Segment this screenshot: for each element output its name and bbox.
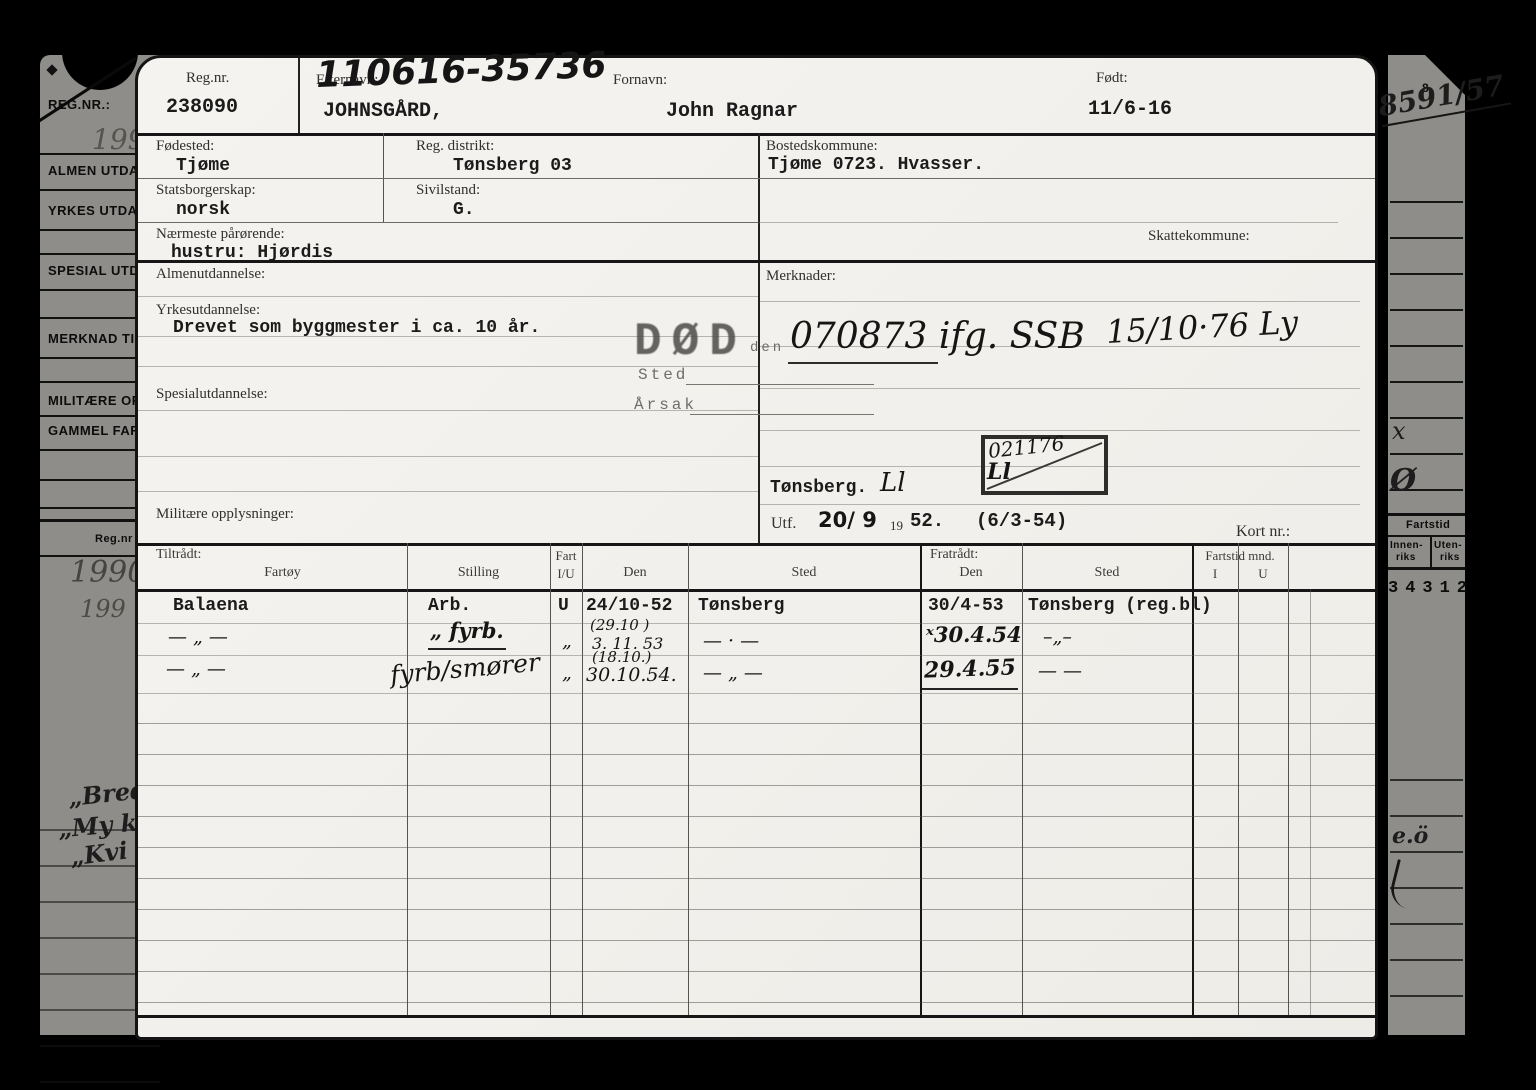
fodt-value: 11/6-16: [1088, 98, 1172, 121]
bg-right-innenriks-label2: riks: [1396, 552, 1416, 563]
underline: [788, 362, 938, 364]
stamp-box-initials: Ll: [987, 459, 1011, 485]
cell-sted: Tønsberg: [698, 596, 784, 616]
rule-line: [138, 623, 1375, 624]
col-header-i: I: [1192, 566, 1238, 582]
bg-left-label-almen: ALMEN UTDA: [48, 163, 139, 178]
rule-line: [758, 222, 1338, 223]
rule-line: [138, 1015, 1375, 1018]
cell-fartoy: Balaena: [173, 596, 249, 616]
bg-right-fartstid-value: 34312: [1388, 579, 1474, 598]
column-divider: [1430, 535, 1432, 567]
empty-table-rows: [138, 693, 1375, 1015]
col-header-sted: Sted: [688, 565, 920, 581]
handwritten-death-date: 15/10·76 Ly: [1105, 303, 1299, 351]
cell-stilling: fyrb/smører: [389, 648, 541, 690]
sivilstand-value: G.: [453, 200, 475, 220]
utf-year-prefix: 19: [890, 518, 903, 534]
rule-line: [760, 504, 1360, 505]
utf-date-handwritten: 20/ 9: [818, 508, 877, 532]
kortnr-label: Kort nr.:: [1236, 523, 1290, 541]
merknader-label: Merknader:: [766, 268, 836, 285]
rule-line: [138, 133, 1375, 136]
bg-right-utenriks-label2: riks: [1440, 552, 1460, 563]
bg-left-label-spesial: SPESIAL UTDA: [48, 263, 149, 278]
fodested-label: Fødested:: [156, 138, 214, 155]
underline: [686, 384, 874, 385]
bg-right-fartstid-label: Fartstid: [1406, 519, 1450, 531]
spesialutdannelse-label: Spesialutdannelse:: [156, 386, 268, 403]
rule-line: [760, 301, 1360, 302]
fratradt-label: Fratrådt:: [930, 547, 978, 563]
rule-line: [138, 178, 1375, 179]
regnr-label: Reg.nr.: [186, 70, 229, 87]
cell-fratradt-den: 29.4.55: [924, 654, 1017, 683]
scanned-register-card-page: REG.NR.: 199 ALMEN UTDA YRKES UTDA SPESI…: [0, 0, 1536, 1090]
cell-sted: — „ —: [703, 662, 763, 684]
col-header-fart: Fart: [540, 548, 592, 564]
background-card-right: 8 8591/57 x Ø Fartstid Innen- riks Uten-…: [1388, 55, 1465, 1035]
cell-fartoy: — „ —: [166, 658, 226, 680]
cell-den: 24/10-52: [586, 596, 672, 616]
fornavn-value: John Ragnar: [666, 100, 798, 123]
bg-right-innenriks-label: Innen-: [1390, 540, 1423, 551]
cell-fratradt-sted: — —: [1038, 660, 1082, 682]
underline: [428, 648, 506, 650]
rule-line: [1388, 567, 1465, 570]
fodested-value: Tjøme: [176, 156, 230, 176]
bg-left-handwritten-199b: 199: [80, 595, 126, 623]
cell-fart: „: [562, 662, 572, 684]
bg-right-handwritten-o: Ø: [1390, 463, 1416, 498]
den-stamp-label: den: [750, 340, 784, 356]
bg-left-label-militare: MILITÆRE OF: [48, 393, 140, 408]
bg-left-regnr-small-label: Reg.nr: [95, 533, 133, 545]
cell-sted: — · —: [703, 630, 759, 652]
parorende-label: Nærmeste pårørende:: [156, 226, 285, 243]
cell-stilling: „ fyrb.: [430, 618, 504, 643]
column-divider: [758, 133, 760, 543]
arsak-stamp-label: Årsak: [634, 396, 697, 414]
statsborgerskap-value: norsk: [176, 200, 230, 220]
fartstid-mnd-label: Fartstid mnd.: [1192, 548, 1288, 564]
tiltradt-label: Tiltrådt:: [156, 547, 201, 563]
cell-fratradt-den: ˣ30.4.54: [926, 622, 1022, 647]
bostedskommune-label: Bostedskommune:: [766, 138, 878, 155]
cell-fratradt-sted: –„–: [1043, 626, 1072, 648]
cell-den-bottom: 30.10.54.: [586, 664, 677, 686]
underline: [922, 688, 1018, 690]
bg-left-label-yrkes: YRKES UTDA: [48, 203, 138, 218]
regnr-value: 238090: [166, 96, 238, 119]
cell-stilling: Arb.: [428, 596, 471, 616]
dod-stamp: DØD: [634, 316, 747, 368]
bg-right-handwritten-x: x: [1392, 417, 1406, 445]
ruled-lines-band: [1390, 167, 1463, 507]
col-header-den: Den: [582, 565, 688, 581]
regdistrikt-value: Tønsberg 03: [453, 156, 572, 176]
underline: [690, 414, 874, 415]
bg-right-handwritten-eo: e.ö: [1392, 823, 1428, 849]
tonsberg-handwritten-initials: Ll: [880, 468, 906, 498]
rule-line: [138, 260, 1375, 263]
yrkesutdannelse-label: Yrkesutdannelse:: [156, 302, 260, 319]
rule-line: [138, 589, 1375, 592]
bostedskommune-value: Tjøme 0723. Hvasser.: [768, 155, 984, 175]
cell-fartoy: — „ —: [168, 626, 228, 648]
statsborgerskap-label: Statsborgerskap:: [156, 182, 256, 199]
almenutdannelse-label: Almenutdannelse:: [156, 266, 265, 283]
fornavn-label: Fornavn:: [613, 72, 667, 89]
sivilstand-label: Sivilstand:: [416, 182, 480, 199]
register-card: Reg.nr. 238090 Etternavn: JOHNSGÅRD, 110…: [135, 55, 1378, 1040]
cell-fratradt-den: 30/4-53: [928, 596, 1004, 616]
col-header-u: U: [1238, 566, 1288, 582]
rule-line: [138, 491, 758, 492]
column-divider: [298, 58, 300, 133]
cell-fart: U: [558, 596, 569, 616]
col-header-sted2: Sted: [1022, 565, 1192, 581]
fodt-label: Født:: [1096, 70, 1128, 87]
col-header-iu: I/U: [546, 566, 586, 582]
utf-year-value: 52.: [910, 510, 944, 532]
rule-line: [1388, 535, 1465, 537]
rule-line: [138, 222, 758, 223]
rule-line: [138, 296, 758, 297]
col-header-fartoy: Fartøy: [158, 565, 407, 581]
rule-line: [760, 388, 1360, 389]
stamp-box: 021176 Ll: [981, 435, 1108, 495]
sted-stamp-label: Sted: [638, 366, 688, 384]
tonsberg-typed: Tønsberg.: [770, 478, 867, 498]
bg-right-utenriks-label: Uten-: [1434, 540, 1462, 551]
col-header-stilling: Stilling: [407, 565, 550, 581]
handwritten-death-note: 070873 ifg. SSB: [790, 316, 1085, 357]
skattekommune-label: Skattekommune:: [1148, 228, 1250, 245]
handwritten-id-number: 110616-35736: [315, 45, 607, 96]
bg-left-label-merknad: MERKNAD TIL: [48, 331, 143, 346]
rule-line: [138, 456, 758, 457]
utf-paren-value: (6/3-54): [976, 510, 1067, 532]
utf-label: Utf.: [771, 515, 796, 533]
cell-fart: „: [562, 630, 572, 652]
rule-line: [138, 543, 1375, 546]
rule-line: [1388, 513, 1465, 516]
regdistrikt-label: Reg. distrikt:: [416, 138, 494, 155]
bg-left-label-gammel: GAMMEL FAR: [48, 423, 140, 438]
militare-opplysninger-label: Militære opplysninger:: [156, 506, 294, 523]
cell-fratradt-sted: Tønsberg (reg.bl): [1028, 596, 1212, 616]
col-header-den2: Den: [920, 565, 1022, 581]
etternavn-value: JOHNSGÅRD,: [323, 100, 443, 123]
cell-den-top: (29.10 ): [590, 616, 649, 634]
rule-line: [138, 655, 1375, 656]
yrkesutdannelse-value: Drevet som byggmester i ca. 10 år.: [173, 318, 540, 338]
